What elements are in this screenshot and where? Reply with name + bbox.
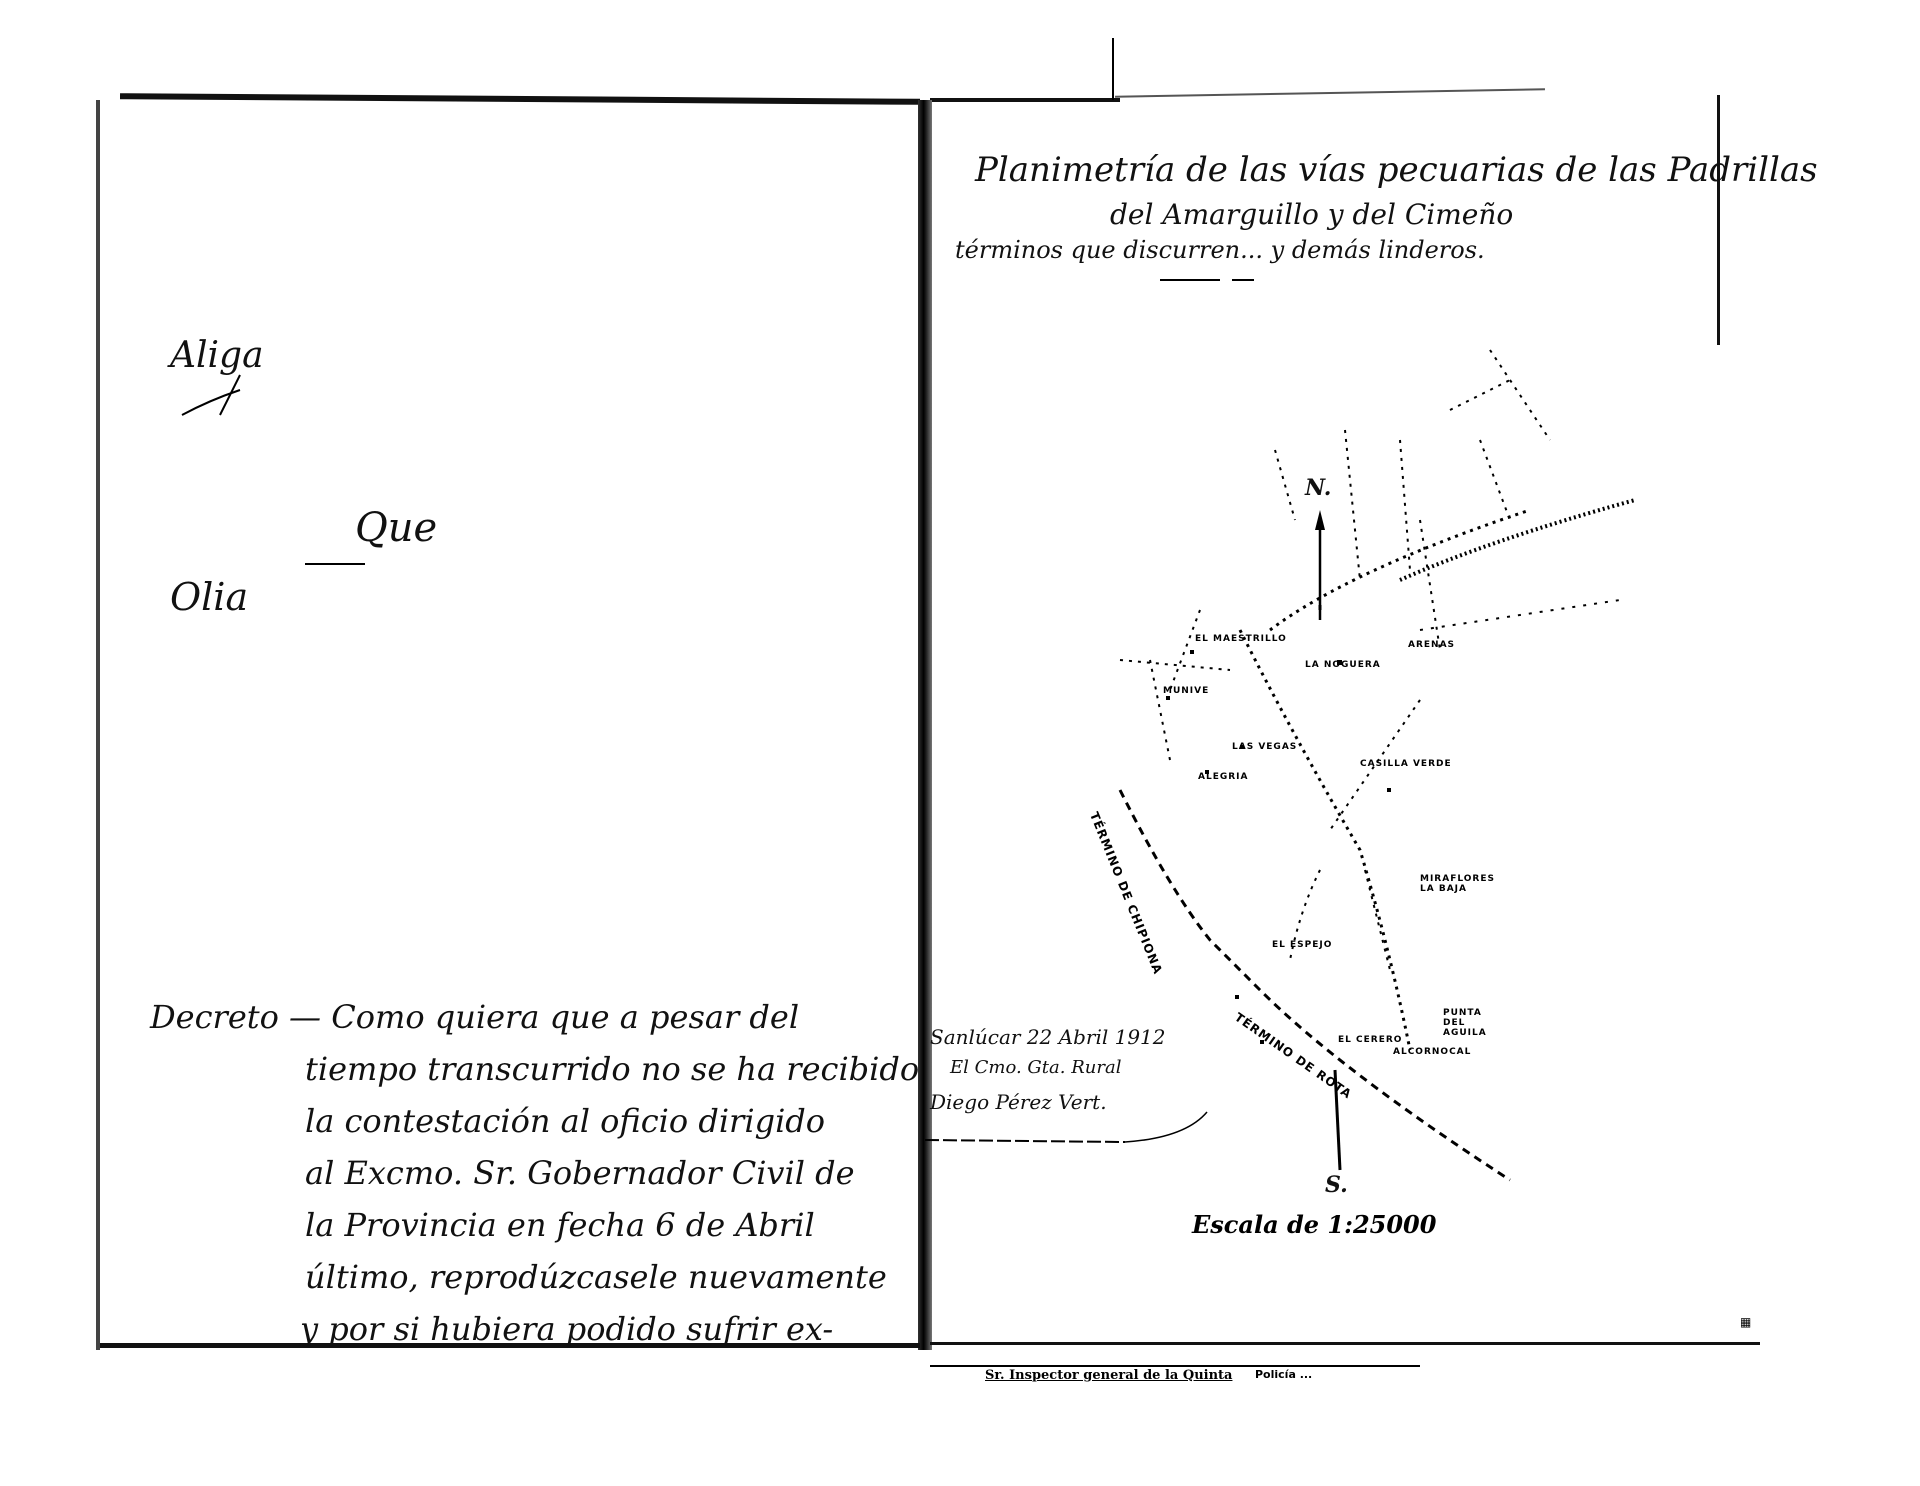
right-page-border [1717,95,1720,345]
decree-line-5: la Provincia en fecha 6 de Abril [305,1206,815,1244]
cattle-routes-map [1090,330,1650,1210]
place-las-vegas: LAS VEGAS [1232,742,1297,752]
title-underline [1160,279,1220,281]
place-el-maestrillo: EL MAESTRILLO [1195,634,1287,644]
page-number-mark: ▦ [1740,1315,1751,1329]
decree-line-7: y por si hubiera podido sufrir ex- [300,1310,833,1348]
flourish-signature: Que [355,505,437,551]
north-label: N. [1305,475,1331,501]
map-title-line-3: términos que discurren... y demás linder… [955,236,1485,264]
map-scale-label: Escala de 1:25000 [1192,1210,1436,1239]
title-underline-2 [1232,279,1254,281]
place-alegria: ALEGRIA [1198,772,1248,782]
place-arenas: ARENAS [1408,640,1455,650]
south-label: S. [1325,1172,1348,1198]
right-page-bottom-edge [930,1342,1760,1345]
left-page-border [96,100,100,1350]
footer-stamp-inspector: Sr. Inspector general de la Quinta [985,1368,1232,1383]
right-page-top-edge [930,98,1120,102]
place-alcornocal: ALCORNOCAL [1393,1047,1433,1058]
marginal-note-olia: Olia [170,575,248,619]
decree-line-2: tiempo transcurrido no se ha recibido [305,1050,919,1088]
place-la-noguera: LA NOGUERA [1305,660,1381,670]
book-spine [918,100,932,1350]
footer-rule [930,1365,1420,1367]
decree-line-4: al Excmo. Sr. Gobernador Civil de [305,1154,855,1192]
right-page-top-edge-faint [1115,88,1545,98]
place-el-cerero: EL CERERO [1338,1035,1402,1045]
flourish-mark-icon [180,370,250,420]
place-miraflores-la-baja: MIRAFLORES LA BAJA [1420,874,1480,894]
dash-line [305,563,365,565]
map-title-line-1: Planimetría de las vías pecuarias de las… [975,150,1818,190]
left-page-top-edge [120,93,920,105]
place-munive: MUNIVE [1163,686,1209,696]
map-title-line-2: del Amarguillo y del Cimeño [1110,198,1513,231]
decree-line-1: Decreto — Como quiera que a pesar del [150,998,799,1036]
decree-line-3: la contestación al oficio dirigido [305,1102,825,1140]
decree-line-6: último, reprodúzcasele nuevamente [305,1258,887,1296]
footer-stamp-policia: Policía ... [1255,1368,1312,1381]
place-punta-del-aguila: PUNTA DEL AGUILA [1443,1008,1503,1038]
place-casilla-verde: CASILLA VERDE [1360,759,1452,769]
page-fold-line [1112,38,1114,100]
place-el-espejo: EL ESPEJO [1272,940,1332,950]
